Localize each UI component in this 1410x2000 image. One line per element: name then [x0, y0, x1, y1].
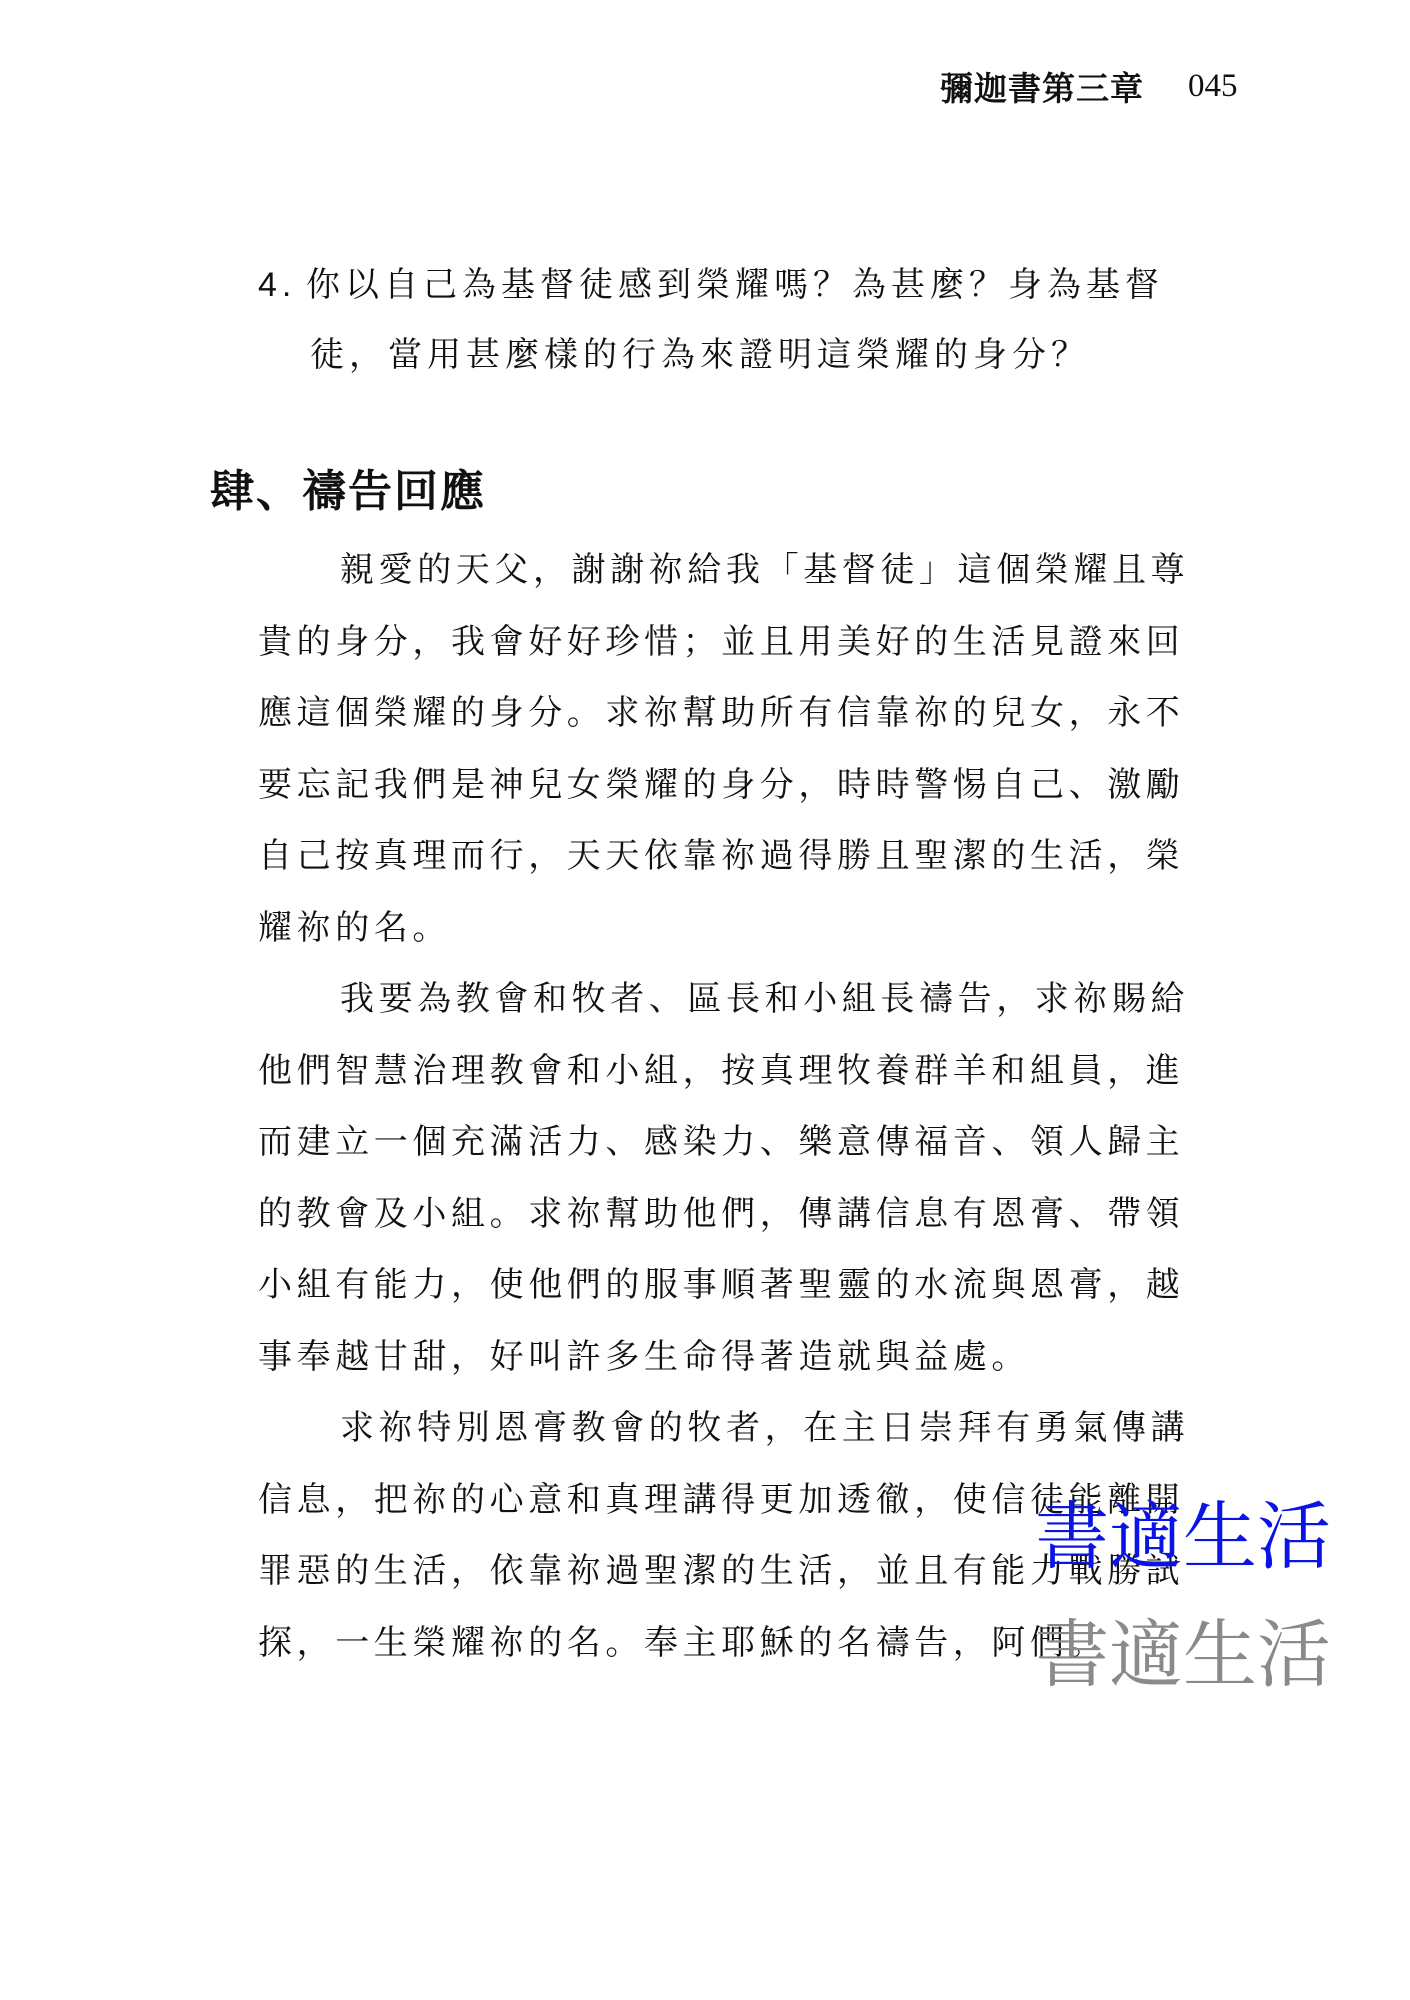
text-line: 的教會及小組。求祢幫助他們，傳講信息有恩膏、帶領: [258, 1179, 1228, 1251]
paragraph: 親愛的天父，謝謝祢給我「基督徒」這個榮耀且尊 貴的身分，我會好好珍惜；並且用美好…: [258, 535, 1228, 964]
text-line: 應這個榮耀的身分。求祢幫助所有信靠祢的兒女，永不: [258, 678, 1228, 750]
text-line: 貴的身分，我會好好珍惜；並且用美好的生活見證來回: [258, 607, 1228, 679]
text-line: 要忘記我們是神兒女榮耀的身分，時時警惕自己、激勵: [258, 750, 1228, 822]
text-line: 耀祢的名。: [258, 893, 1228, 965]
question-line-1: 4.你以自己為基督徒感到榮耀嗎？為甚麼？身為基督: [258, 250, 1238, 320]
reflection-question: 4.你以自己為基督徒感到榮耀嗎？為甚麼？身為基督 徒，當用甚麼樣的行為來證明這榮…: [258, 250, 1238, 390]
text-line: 我要為教會和牧者、區長和小組長禱告，求祢賜給: [258, 964, 1228, 1036]
text-line: 而建立一個充滿活力、感染力、樂意傳福音、領人歸主: [258, 1107, 1228, 1179]
chapter-title: 彌迦書第三章: [940, 63, 1144, 110]
watermark-blue: 書適生活: [1035, 1500, 1331, 1574]
watermark-gray: 書適生活: [1035, 1618, 1331, 1692]
text-line: 他們智慧治理教會和小組，按真理牧養群羊和組員，進: [258, 1036, 1228, 1108]
text-line: 小組有能力，使他們的服事順著聖靈的水流與恩膏，越: [258, 1250, 1228, 1322]
section-heading: 肆、禱告回應: [210, 462, 486, 522]
page-number: 045: [1188, 68, 1238, 105]
text-line: 事奉越甘甜，好叫許多生命得著造就與益處。: [258, 1322, 1228, 1394]
question-number: 4.: [258, 250, 306, 320]
page-header: 彌迦書第三章 045: [940, 62, 1238, 110]
text-line: 自己按真理而行，天天依靠祢過得勝且聖潔的生活，榮: [258, 821, 1228, 893]
paragraph: 我要為教會和牧者、區長和小組長禱告，求祢賜給 他們智慧治理教會和小組，按真理牧養…: [258, 964, 1228, 1393]
question-text: 你以自己為基督徒感到榮耀嗎？為甚麼？身為基督: [306, 265, 1164, 305]
question-line-2: 徒，當用甚麼樣的行為來證明這榮耀的身分？: [258, 320, 1238, 390]
text-line: 親愛的天父，謝謝祢給我「基督徒」這個榮耀且尊: [258, 535, 1228, 607]
text-line: 求祢特別恩膏教會的牧者，在主日崇拜有勇氣傳講: [258, 1393, 1228, 1465]
